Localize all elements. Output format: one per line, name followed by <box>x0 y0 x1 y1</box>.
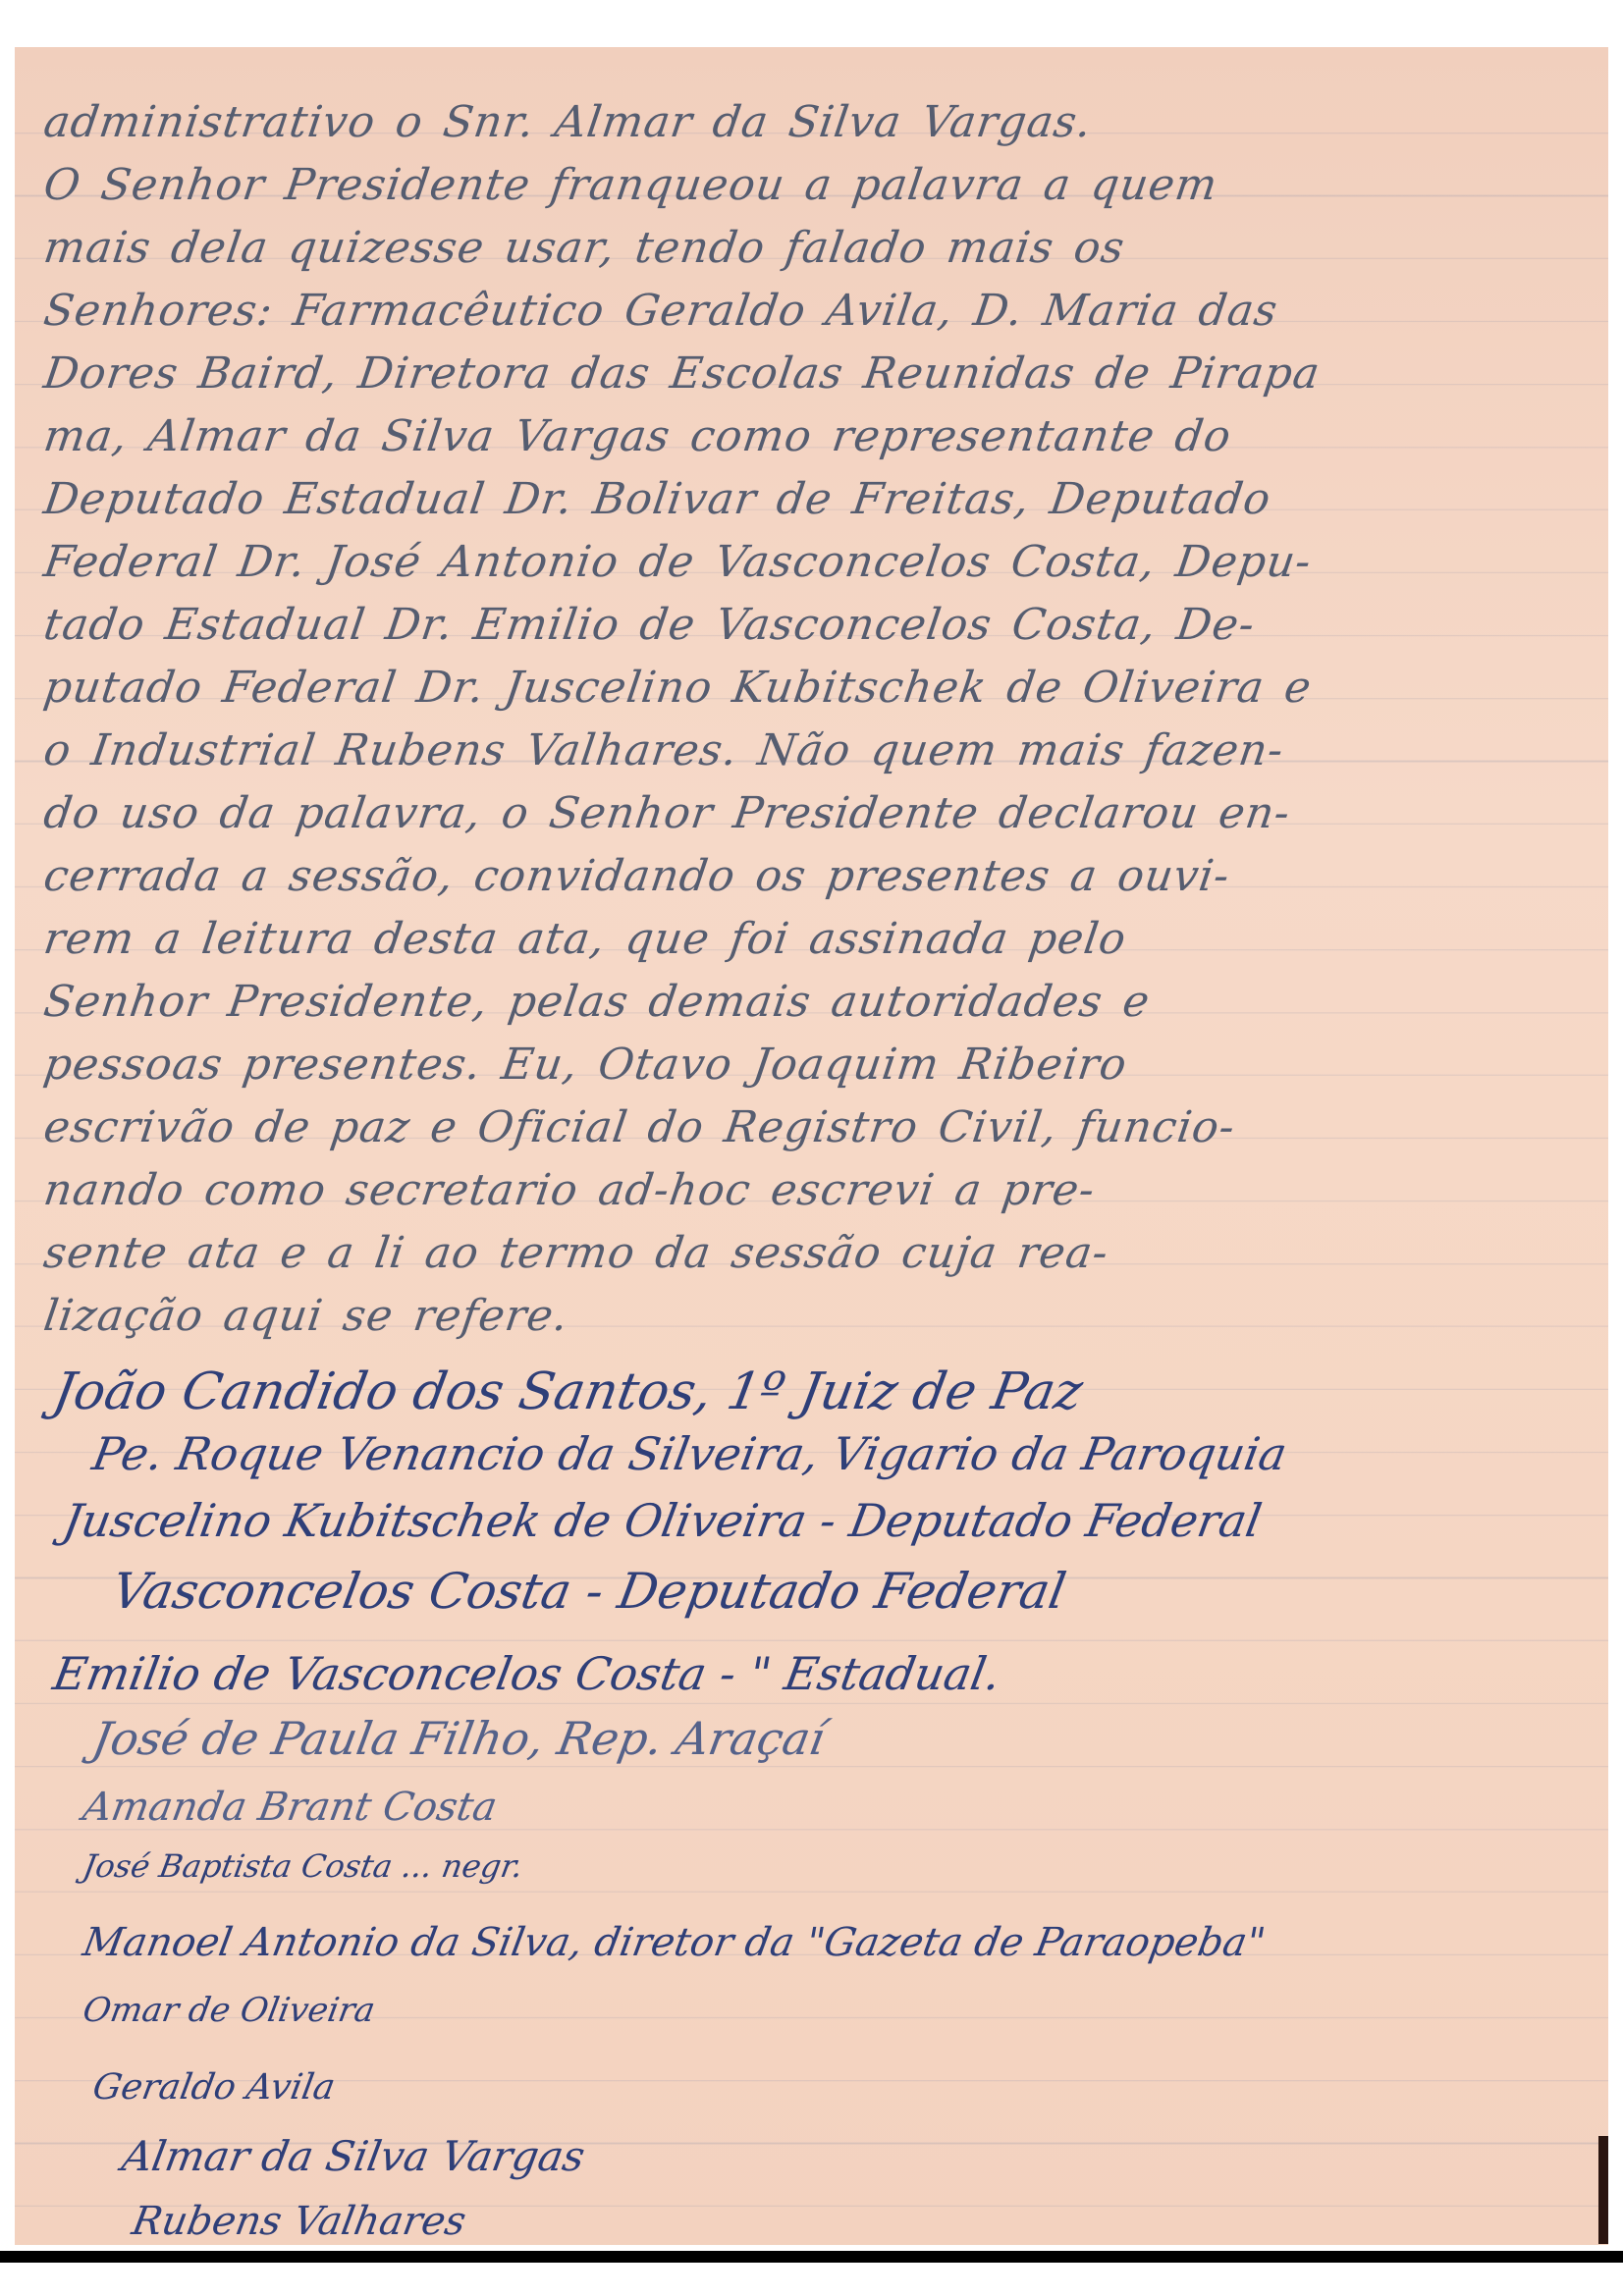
minutes-body: administrativo o Snr. Almar da Silva Var… <box>44 91 1576 1348</box>
body-line: Senhores: Farmacêutico Geraldo Avila, D.… <box>40 280 1581 343</box>
body-line: do uso da palavra, o Senhor Presidente d… <box>40 782 1581 845</box>
signature: José de Paula Filho, Rep. Araçaí <box>88 1712 829 1765</box>
signature: Rubens Valhares <box>129 2199 469 2244</box>
body-line: Deputado Estadual Dr. Bolivar de Freitas… <box>40 468 1581 531</box>
signature: José Baptista Costa ... negr. <box>81 1847 526 1885</box>
body-line: administrativo o Snr. Almar da Silva Var… <box>40 91 1581 154</box>
signature: Juscelino Kubitschek de Oliveira - Deput… <box>59 1494 1266 1547</box>
document-page: administrativo o Snr. Almar da Silva Var… <box>15 47 1608 2245</box>
signature: Omar de Oliveira <box>80 1991 378 2030</box>
signature: João Candido dos Santos, 1º Juiz de Paz <box>49 1362 1087 1421</box>
signature: Amanda Brant Costa <box>80 1785 501 1830</box>
signature: Geraldo Avila <box>89 2067 338 2108</box>
body-line: O Senhor Presidente franqueou a palavra … <box>40 154 1581 217</box>
body-line: o Industrial Rubens Valhares. Não quem m… <box>40 720 1581 782</box>
body-line: Senhor Presidente, pelas demais autorida… <box>40 971 1581 1034</box>
torn-page-edge <box>1598 2136 1608 2244</box>
body-line: mais dela quizesse usar, tendo falado ma… <box>40 217 1581 280</box>
scan-border-line <box>0 2251 1623 2263</box>
body-line: nando como secretario ad-hoc escrevi a p… <box>40 1159 1581 1222</box>
body-line: sente ata e a li ao termo da sessão cuja… <box>40 1222 1581 1285</box>
signature: Zeca Antonio da Costa <box>109 2244 544 2245</box>
body-line: cerrada a sessão, convidando os presente… <box>40 845 1581 908</box>
signature: Emilio de Vasconcelos Costa - " Estadual… <box>49 1647 1004 1700</box>
signature: Vasconcelos Costa - Deputado Federal <box>108 1563 1070 1620</box>
signature: Manoel Antonio da Silva, diretor da "Gaz… <box>80 1920 1269 1965</box>
body-line: escrivão de paz e Oficial do Registro Ci… <box>40 1096 1581 1159</box>
body-line: lização aqui se refere. <box>40 1285 1581 1348</box>
body-line: ma, Almar da Silva Vargas como represent… <box>40 405 1581 468</box>
body-line: Federal Dr. José Antonio de Vasconcelos … <box>40 531 1581 594</box>
body-line: tado Estadual Dr. Emilio de Vasconcelos … <box>40 594 1581 657</box>
body-line: putado Federal Dr. Juscelino Kubitschek … <box>40 657 1581 720</box>
body-line: Dores Baird, Diretora das Escolas Reunid… <box>40 343 1581 405</box>
signature: Pe. Roque Venancio da Silveira, Vigario … <box>88 1427 1291 1480</box>
signature: Almar da Silva Vargas <box>119 2132 589 2180</box>
body-line: pessoas presentes. Eu, Otavo Joaquim Rib… <box>40 1034 1581 1096</box>
body-line: rem a leitura desta ata, que foi assinad… <box>40 908 1581 971</box>
